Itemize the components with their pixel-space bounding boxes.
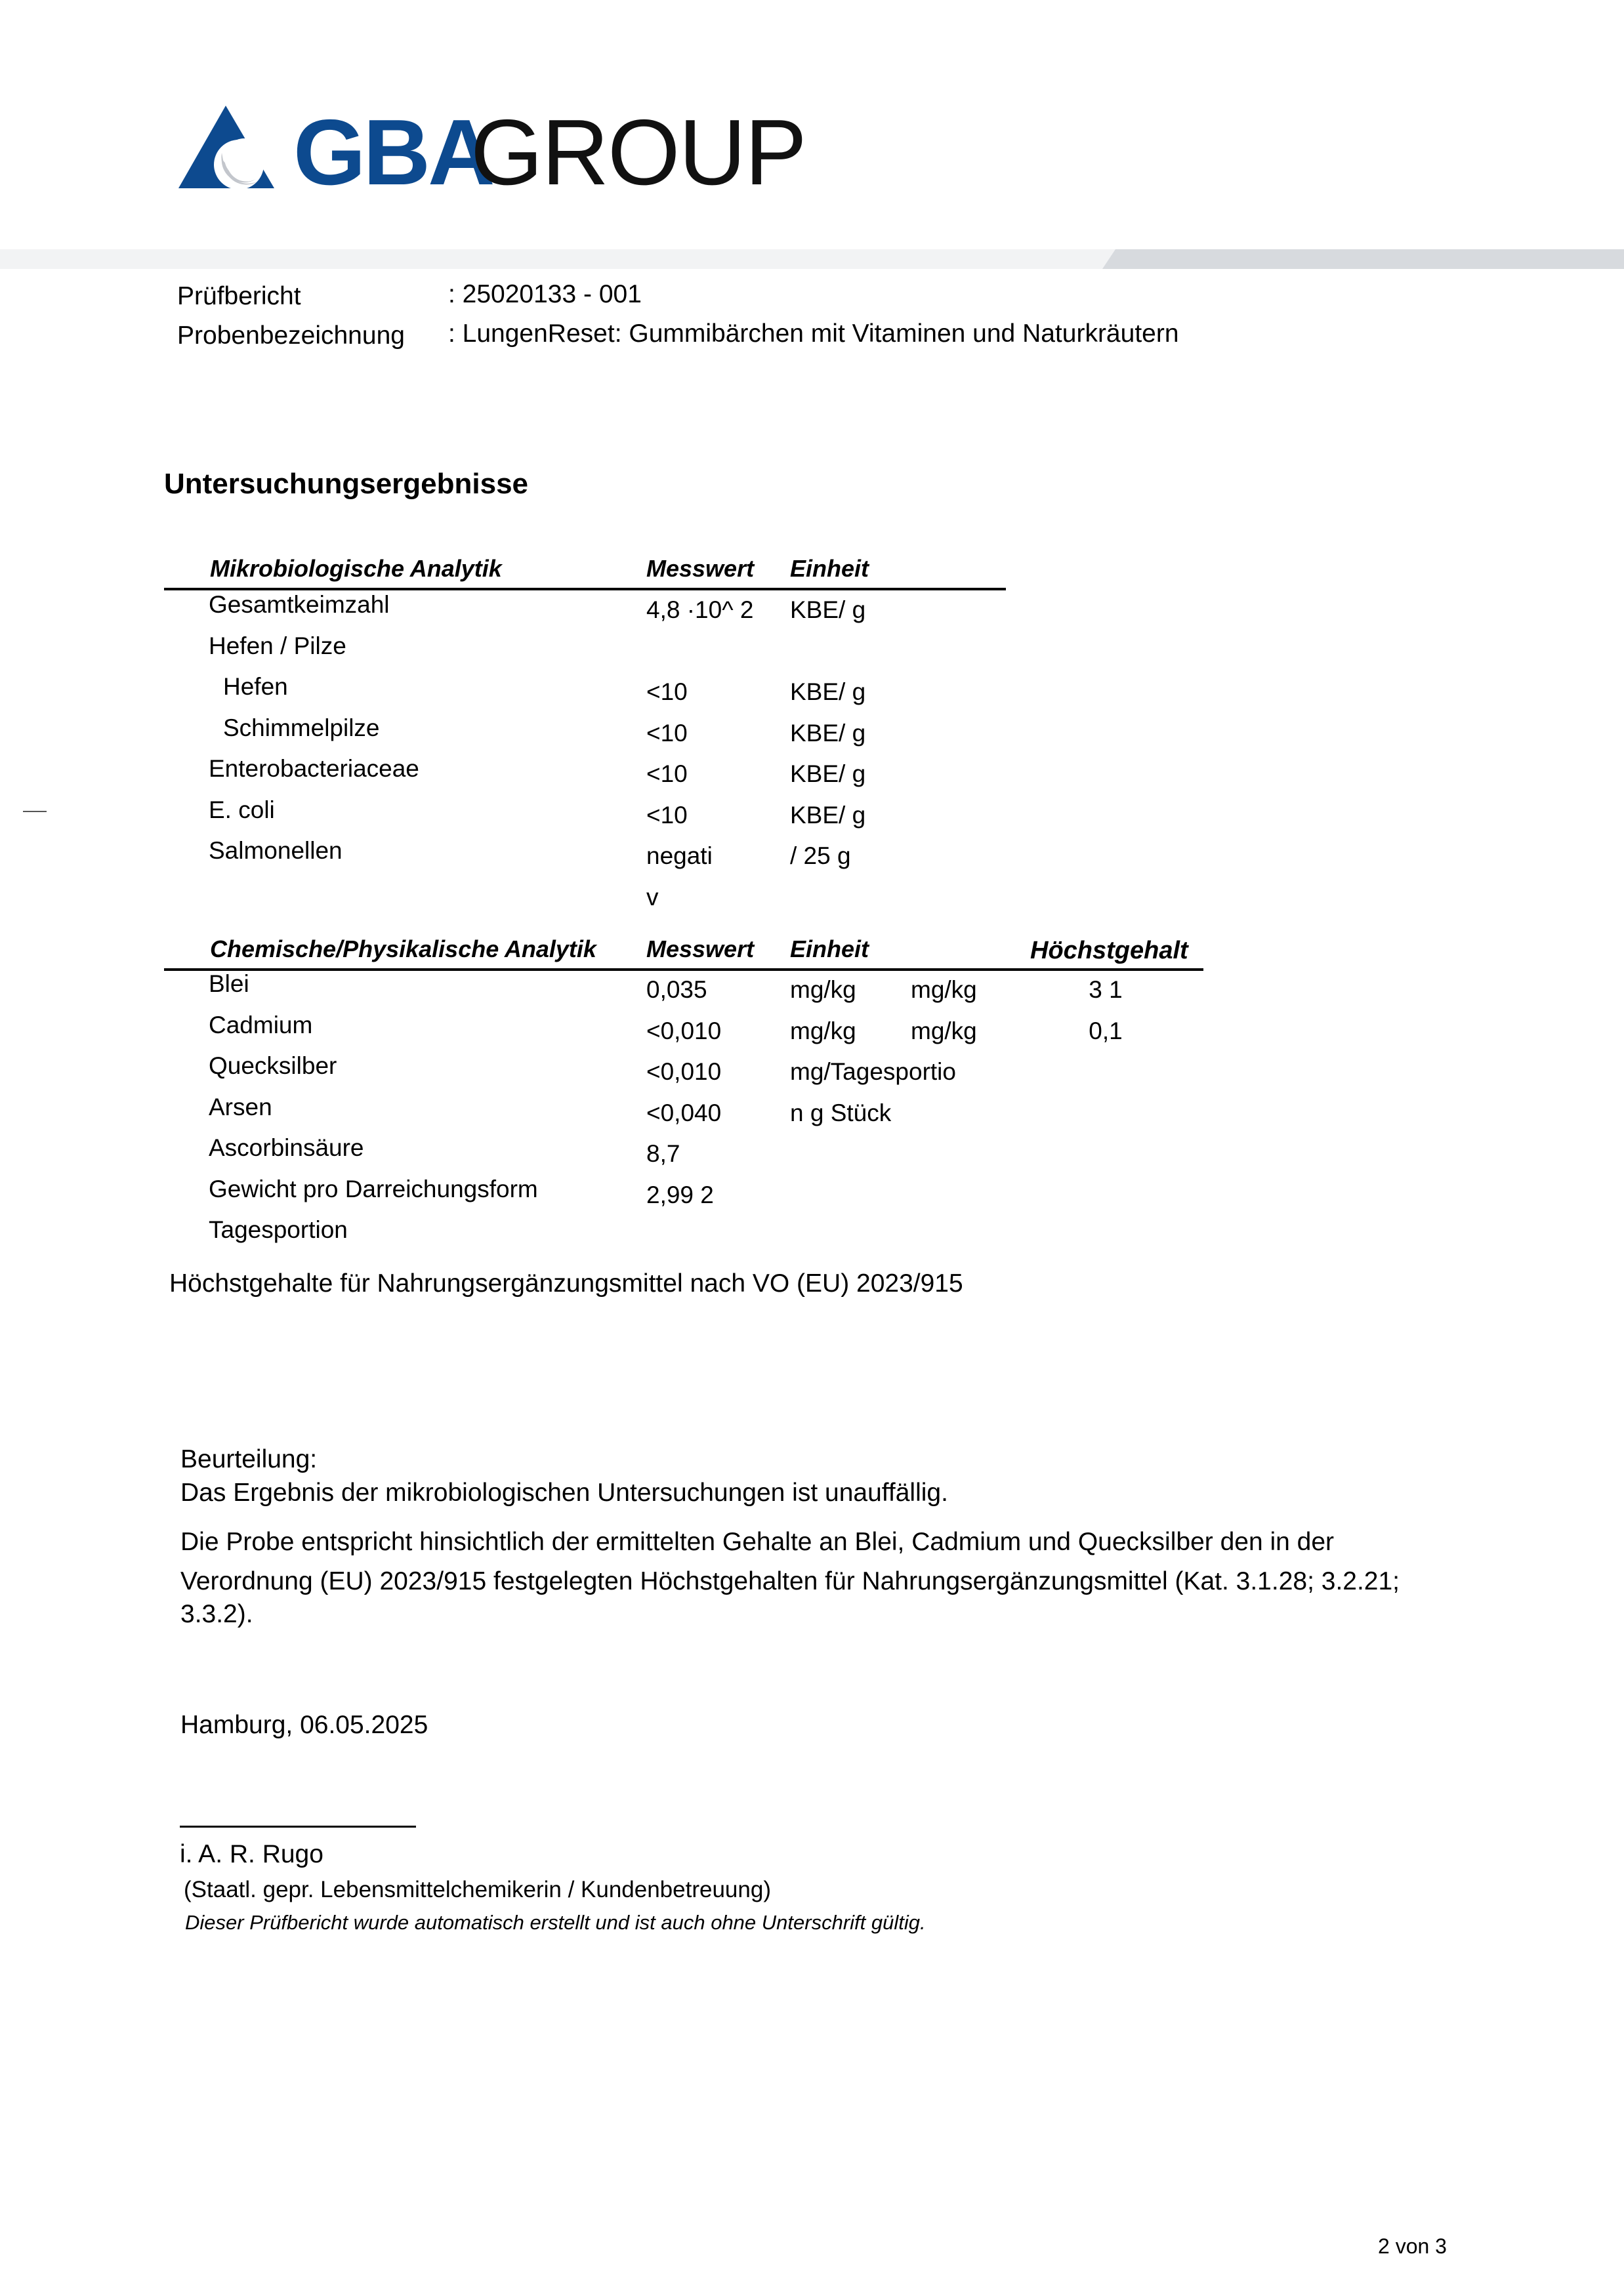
- auto-generated-note: Dieser Prüfbericht wurde automatisch ers…: [185, 1910, 926, 1935]
- row-unit: mg/kg: [790, 1017, 856, 1046]
- max-levels-footnote: Höchstgehalte für Nahrungsergänzungsmitt…: [169, 1269, 963, 1299]
- row-value: <10: [646, 678, 688, 707]
- chem-header-max: Höchstgehalt: [1030, 936, 1188, 965]
- row-value: <0,040: [646, 1099, 721, 1128]
- row-name: Enterobacteriaceae: [209, 754, 419, 783]
- row-value: <10: [646, 719, 688, 748]
- row-value: <0,010: [646, 1057, 721, 1086]
- report-number-label: Prüfbericht: [177, 282, 301, 311]
- logo-text-gba: GBA: [293, 107, 493, 199]
- row-unit: mg/kg: [790, 975, 856, 1004]
- row-unit: KBE/ g: [790, 596, 865, 625]
- row-name: Ascorbinsäure: [209, 1134, 364, 1162]
- row-value: <0,010: [646, 1017, 721, 1046]
- page-number: 2 von 3: [1378, 2234, 1447, 2259]
- row-value: 8,7: [646, 1139, 680, 1168]
- row-unit: KBE/ g: [790, 760, 865, 789]
- signatory-role: (Staatl. gepr. Lebensmittelchemikerin / …: [184, 1876, 771, 1904]
- margin-mark: [23, 811, 47, 812]
- signature-line: [180, 1826, 416, 1828]
- row-unit: n g Stück: [790, 1099, 891, 1128]
- row-unit: / 25 g: [790, 842, 851, 871]
- micro-header-value: Messwert: [646, 554, 754, 583]
- row-name: E. coli: [209, 796, 275, 825]
- row-unit: KBE/ g: [790, 678, 865, 707]
- header-band-light: [0, 249, 1115, 269]
- row-value: <10: [646, 801, 688, 830]
- assessment-line-1: Die Probe entspricht hinsichtlich der er…: [180, 1527, 1334, 1557]
- row-max: 3 1: [1070, 975, 1142, 1004]
- row-unit: mg/Tagesportio: [790, 1057, 956, 1086]
- assessment-micro-result: Das Ergebnis der mikrobiologischen Unter…: [180, 1478, 948, 1508]
- row-name: Hefen / Pilze: [209, 632, 346, 661]
- report-number-value: : 25020133 - 001: [448, 280, 642, 309]
- assessment-line-3: 3.3.2).: [180, 1599, 253, 1630]
- row-name: Cadmium: [209, 1011, 312, 1040]
- row-name: Blei: [209, 970, 249, 998]
- row-name: Arsen: [209, 1093, 272, 1122]
- row-value: negati: [646, 842, 713, 871]
- row-name: Gesamtkeimzahl: [209, 590, 390, 619]
- header-band-dark: [1102, 249, 1624, 269]
- row-unit-2: mg/kg: [911, 975, 977, 1004]
- row-value: 0,035: [646, 975, 707, 1004]
- row-name: Quecksilber: [209, 1052, 337, 1080]
- sample-name-value: : LungenReset: Gummibärchen mit Vitamine…: [448, 319, 1179, 348]
- assessment-line-2: Verordnung (EU) 2023/915 festgelegten Hö…: [180, 1567, 1400, 1597]
- micro-header-unit: Einheit: [790, 554, 869, 583]
- row-unit-2: mg/kg: [911, 1017, 977, 1046]
- row-name: Salmonellen: [209, 836, 343, 865]
- row-name: Gewicht pro Darreichungsform: [209, 1175, 538, 1204]
- assessment-heading: Beurteilung:: [180, 1445, 317, 1475]
- row-value: 4,8 ·10^ 2: [646, 596, 753, 625]
- chem-header-unit: Einheit: [790, 935, 869, 964]
- page-title: Untersuchungsergebnisse: [164, 467, 528, 501]
- chem-header-rule: [164, 968, 1203, 971]
- row-value: <10: [646, 760, 688, 789]
- row-unit: KBE/ g: [790, 719, 865, 748]
- row-name: Schimmelpilze: [223, 714, 380, 743]
- row-value: 2,99 2: [646, 1181, 714, 1210]
- row-max: 0,1: [1070, 1017, 1142, 1046]
- row-value: v: [646, 883, 659, 912]
- gba-triangle-logo-icon: [178, 102, 277, 194]
- row-unit: KBE/ g: [790, 801, 865, 830]
- micro-header-name: Mikrobiologische Analytik: [210, 554, 502, 583]
- signatory-name: i. A. R. Rugo: [180, 1839, 323, 1870]
- place-date: Hamburg, 06.05.2025: [180, 1710, 428, 1740]
- sample-name-label: Probenbezeichnung: [177, 321, 405, 350]
- row-name: Tagesportion: [209, 1216, 348, 1244]
- logo-text-group: GROUP: [470, 107, 806, 199]
- row-name: Hefen: [223, 672, 288, 701]
- chem-header-value: Messwert: [646, 935, 754, 964]
- gba-group-logo: GBA GROUP: [178, 102, 769, 194]
- chem-header-name: Chemische/Physikalische Analytik: [210, 935, 596, 964]
